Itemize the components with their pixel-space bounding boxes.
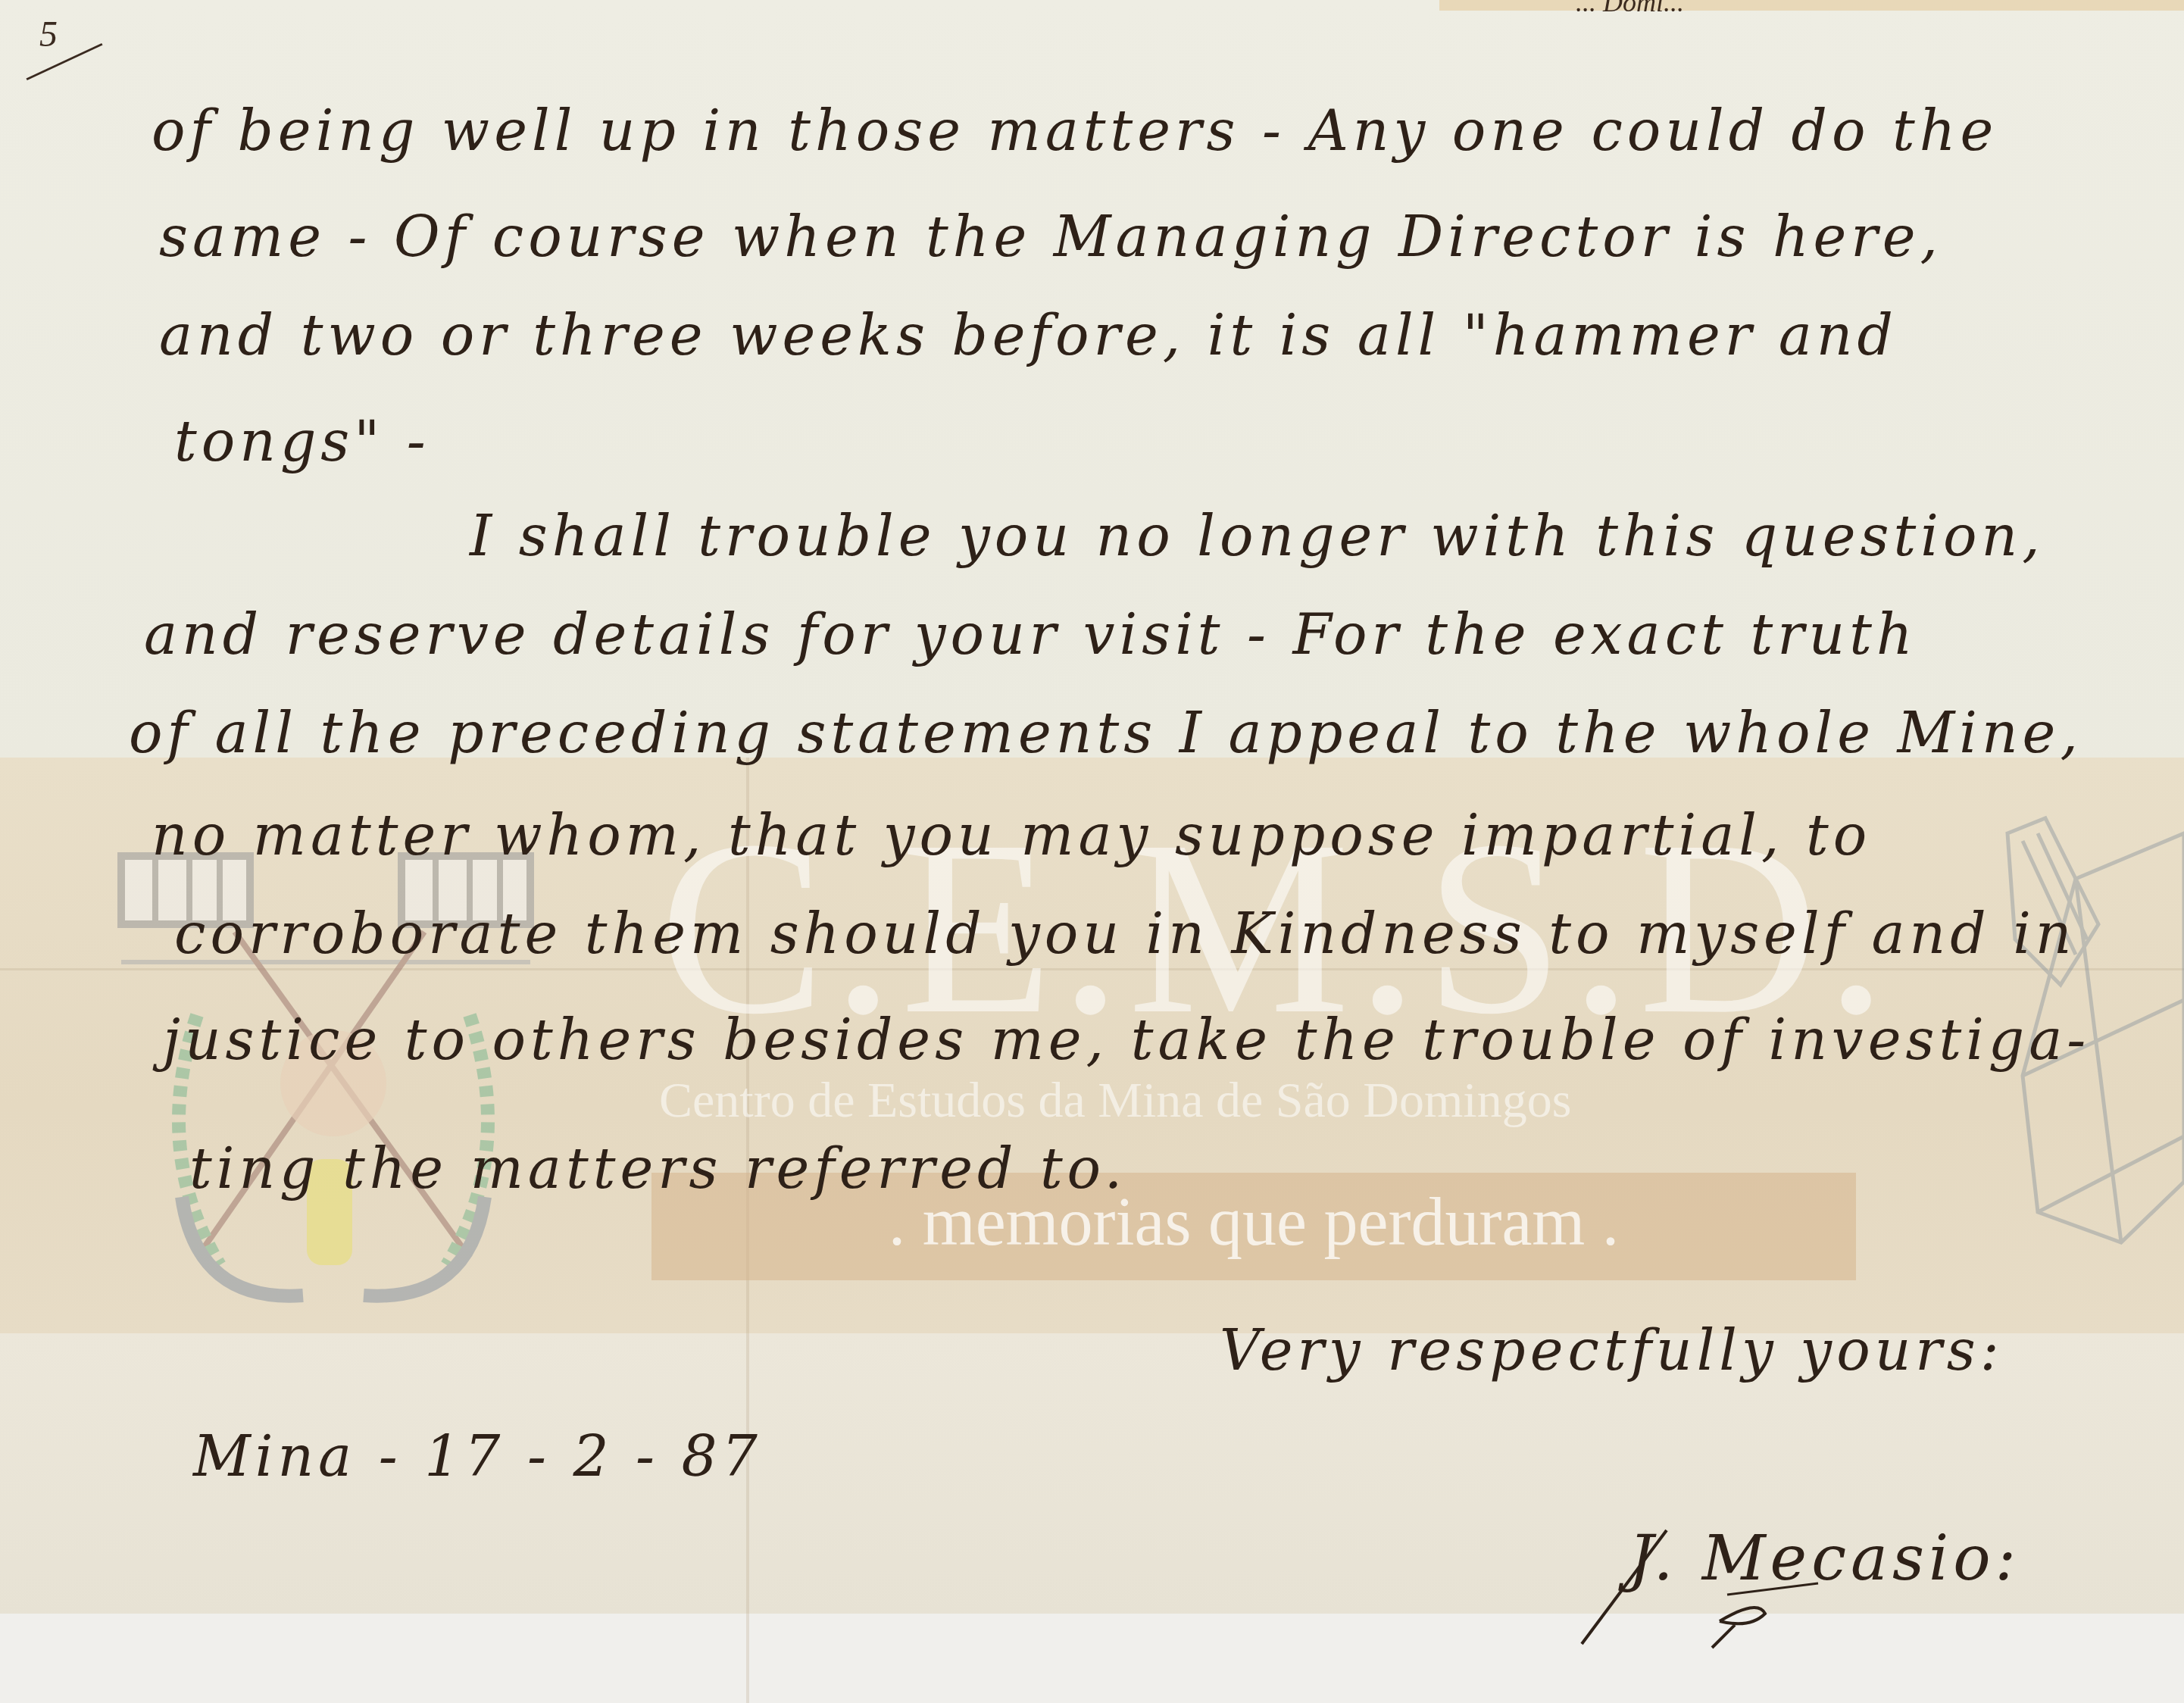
letter-line-1: of being well up in those matters - Any … [152, 98, 1998, 164]
previous-page-fragment: ... Domi... [1576, 0, 1684, 18]
page-number: 5 [39, 14, 58, 55]
letter-line-8: no matter whom, that you may suppose imp… [152, 803, 1871, 868]
previous-page-edge [1439, 0, 2184, 11]
watermark-subtitle: Centro de Estudos da Mina de São Domingo… [659, 1072, 1571, 1130]
letter-line-9: corroborate them should you in Kindness … [174, 901, 2076, 967]
letter-line-7: of all the preceding statements I appeal… [129, 701, 2082, 766]
letter-line-10: justice to others besides me, take the t… [163, 1008, 2090, 1073]
place-and-date: Mina - 17 - 2 - 87 [193, 1424, 762, 1489]
signature: J. Mecasio: [1629, 1523, 2020, 1595]
letter-line-3: and two or three weeks before, it is all… [159, 303, 1898, 368]
letter-line-4: tongs" - [174, 409, 430, 474]
letter-line-2: same - Of course when the Managing Direc… [159, 205, 1942, 270]
closing-salutation: Very respectfully yours: [1220, 1318, 2004, 1383]
letter-line-5: I shall trouble you no longer with this … [470, 504, 2045, 569]
letter-line-11: ting the matters referred to. [189, 1136, 1126, 1201]
letter-line-6: and reserve details for your visit - For… [144, 602, 1917, 667]
